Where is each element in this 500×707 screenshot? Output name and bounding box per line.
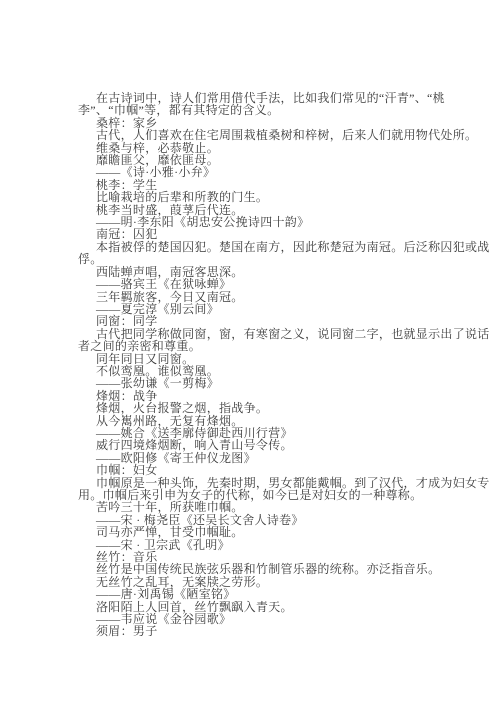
- document-body: 在古诗词中，诗人们常用借代手法，比如我们常见的“汗青”、“桃李”、“巾帼”等，都…: [78, 92, 474, 638]
- document-line: 比喻栽培的后辈和所教的门生。: [78, 191, 474, 203]
- document-line: 须眉：男子: [78, 625, 474, 637]
- document-line: 威行四境烽烟断，响入青山号令传。: [78, 439, 474, 451]
- document-line: 丝竹是中国传统民族弦乐器和竹制管乐器的统称。亦泛指音乐。: [78, 563, 474, 575]
- document-line: ——唐·刘禹锡《陋室铭》: [78, 588, 474, 600]
- document-line: 同窗：同学: [78, 315, 474, 327]
- document-line: 本指被俘的楚国囚犯。楚国在南方，因此称楚冠为南冠。后泛称囚犯或战: [78, 241, 474, 253]
- document-line: 烽烟，火台报警之烟，指战争。: [78, 402, 474, 414]
- document-page: 在古诗词中，诗人们常用借代手法，比如我们常见的“汗青”、“桃李”、“巾帼”等，都…: [0, 0, 500, 707]
- document-line: 李”、“巾帼”等，都有其特定的含义。: [78, 104, 474, 116]
- document-line: 司马亦严惮，甘受巾帼耻。: [78, 526, 474, 538]
- document-line: 古代，人们喜欢在住宅周围栽植桑树和梓树，后来人们就用物代处所。: [78, 129, 474, 141]
- document-line: ——骆宾王《在狱咏蝉》: [78, 278, 474, 290]
- document-line: 俘。: [78, 253, 474, 265]
- document-line: ——张幼谦《一剪梅》: [78, 377, 474, 389]
- document-line: 巾帼：妇女: [78, 464, 474, 476]
- document-line: 苦吟三十年，所获唯巾帼。: [78, 501, 474, 513]
- document-line: ——《诗·小雅·小弁》: [78, 166, 474, 178]
- document-line: 者之间的亲密和尊重。: [78, 340, 474, 352]
- document-line: 南冠：囚犯: [78, 228, 474, 240]
